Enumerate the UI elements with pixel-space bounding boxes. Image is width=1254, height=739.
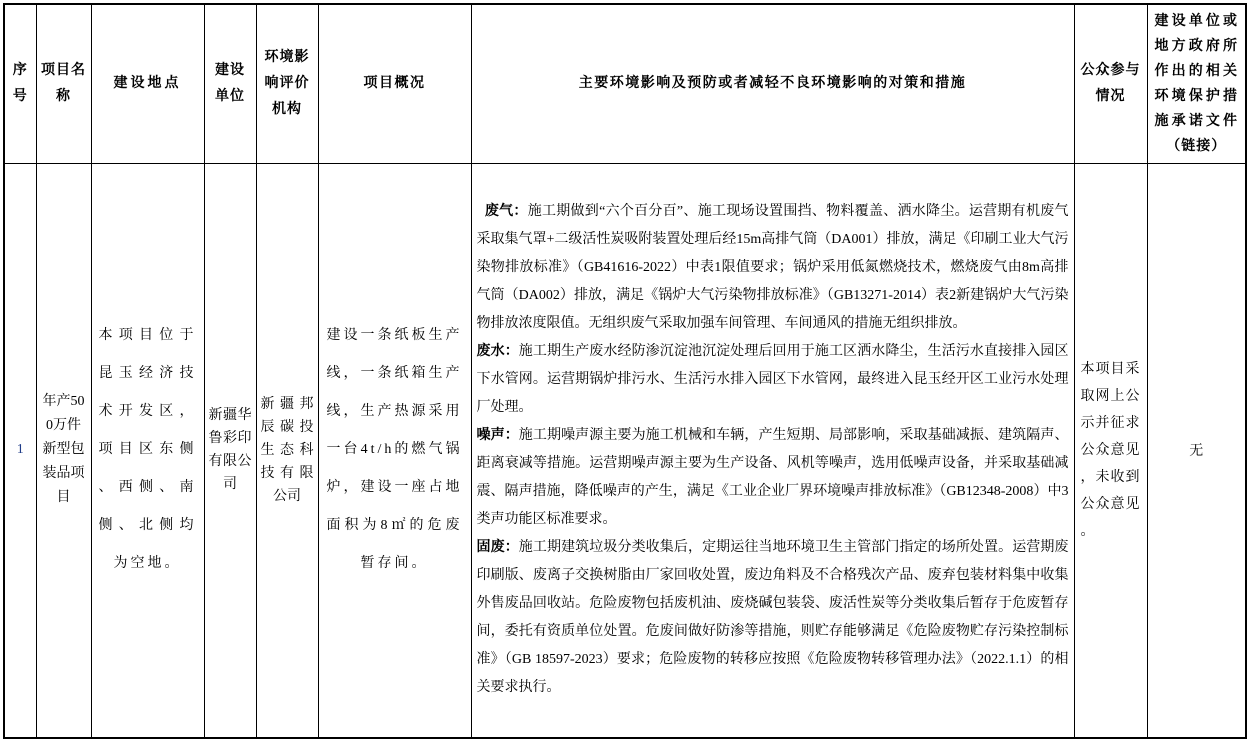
header-environmental-measures: 主要环境影响及预防或者减轻不良环境影响的对策和措施 xyxy=(471,4,1074,164)
measure-waste-gas-text: 施工期做到“六个百分百”、施工现场设置围挡、物料覆盖、洒水降尘。运营期有机废气采… xyxy=(477,204,1069,331)
serial-number-value: 1 xyxy=(17,442,24,457)
measure-solid-waste-label: 固废： xyxy=(477,540,519,555)
measure-waste-water: 废水：施工期生产废水经防渗沉淀池沉淀处理后回用于施工区洒水降尘，生活污水直接排入… xyxy=(477,338,1069,422)
cell-public-participation: 本项目采取网上公示并征求公众意见，未收到公众意见。 xyxy=(1074,164,1147,731)
measure-waste-gas: 废气：施工期做到“六个百分百”、施工现场设置围挡、物料覆盖、洒水降尘。运营期有机… xyxy=(477,198,1069,338)
cell-environmental-measures: 废气：施工期做到“六个百分百”、施工现场设置围挡、物料覆盖、洒水降尘。运营期有机… xyxy=(471,164,1074,731)
measure-solid-waste-text: 施工期建筑垃圾分类收集后，定期运往当地环境卫生主管部门指定的场所处置。运营期废印… xyxy=(477,540,1069,695)
header-eia-agency: 环境影响评价机构 xyxy=(256,4,318,164)
measure-solid-waste: 固废：施工期建筑垃圾分类收集后，定期运往当地环境卫生主管部门指定的场所处置。运营… xyxy=(477,534,1069,702)
measure-noise: 噪声：施工期噪声源主要为施工机械和车辆，产生短期、局部影响，采取基础减振、建筑隔… xyxy=(477,422,1069,534)
header-construction-location: 建设地点 xyxy=(91,4,204,164)
cell-eia-agency: 新疆邦辰碳投生态科技有限公司 xyxy=(256,164,318,731)
header-commitment-document: 建设单位或地方政府所作出的相关环境保护措施承诺文件 （链接） xyxy=(1147,4,1246,164)
header-project-overview: 项目概况 xyxy=(318,4,471,164)
cell-commitment-document: 无 xyxy=(1147,164,1246,731)
header-construction-unit: 建设单位 xyxy=(204,4,256,164)
measure-waste-gas-label: 废气： xyxy=(485,204,528,219)
header-project-name: 项目名称 xyxy=(36,4,91,164)
table-row: 1 年产500万件新型包装品项目 本项目位于昆玉经济技术开发区，项目区东侧、西侧… xyxy=(4,164,1246,731)
cell-project-overview: 建设一条纸板生产线，一条纸箱生产线，生产热源采用一台4t/h的燃气锅炉，建设一座… xyxy=(318,164,471,731)
header-public-participation: 公众参与情况 xyxy=(1074,4,1147,164)
cell-construction-location: 本项目位于昆玉经济技术开发区，项目区东侧、西侧、南侧、北侧均为空地。 xyxy=(91,164,204,731)
cell-construction-unit: 新疆华鲁彩印有限公司 xyxy=(204,164,256,731)
measure-noise-text: 施工期噪声源主要为施工机械和车辆，产生短期、局部影响，采取基础减振、建筑隔声、距… xyxy=(477,428,1069,527)
measure-noise-label: 噪声： xyxy=(477,428,519,443)
measure-waste-water-label: 废水： xyxy=(477,344,519,359)
measure-waste-water-text: 施工期生产废水经防渗沉淀池沉淀处理后回用于施工区洒水降尘，生活污水直接排入园区下… xyxy=(477,344,1069,415)
cell-serial-number: 1 xyxy=(4,164,36,731)
eia-approval-table: 序号 项目名称 建设地点 建设单位 环境影响评价机构 项目概况 主要环境影响及预… xyxy=(3,3,1247,730)
table-header-row: 序号 项目名称 建设地点 建设单位 环境影响评价机构 项目概况 主要环境影响及预… xyxy=(4,4,1246,164)
header-serial-number: 序号 xyxy=(4,4,36,164)
cell-project-name: 年产500万件新型包装品项目 xyxy=(36,164,91,731)
